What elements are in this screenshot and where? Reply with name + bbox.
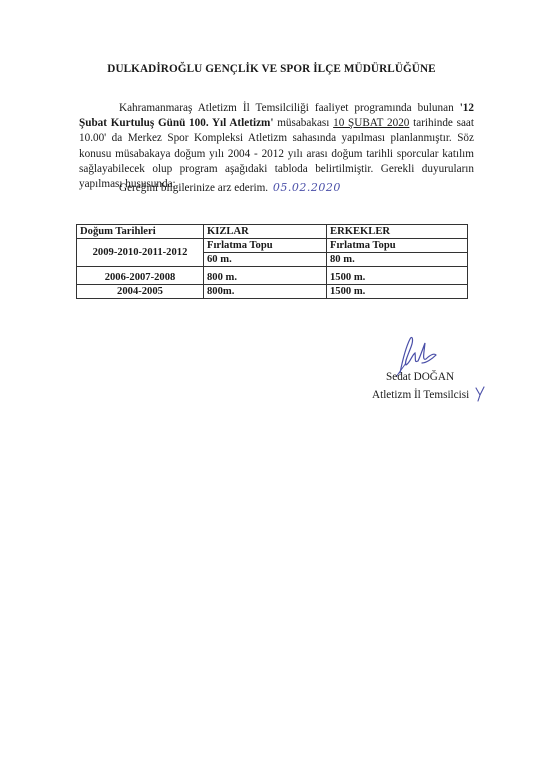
header-girls: KIZLAR — [204, 225, 327, 239]
row-boys-event: 1500 m. — [327, 285, 468, 299]
paragraph-part2: müsabakası — [273, 117, 333, 129]
table-header-row: Doğum Tarihleri KIZLAR ERKEKLER — [77, 225, 468, 239]
initial-mark-icon — [474, 386, 486, 402]
row-girls-event: 800 m. — [204, 267, 327, 285]
handwritten-date: 05.02.2020 — [273, 181, 341, 194]
schedule-table: Doğum Tarihleri KIZLAR ERKEKLER 2009-201… — [76, 224, 468, 299]
row-boys-event: 1500 m. — [327, 267, 468, 285]
row-girls-event: Fırlatma Topu — [204, 239, 327, 253]
row-dob: 2009-2010-2011-2012 — [77, 239, 204, 267]
table-row: 2004-2005 800m. 1500 m. — [77, 285, 468, 299]
paragraph-part1: Kahramanmaraş Atletizm İl Temsilciliği f… — [119, 102, 460, 114]
document-title: DULKADİROĞLU GENÇLİK VE SPOR İLÇE MÜDÜRL… — [0, 63, 543, 75]
closing-text: Gereğini bilgilerinize arz ederim. — [119, 182, 268, 194]
table-row: 2009-2010-2011-2012 Fırlatma Topu Fırlat… — [77, 239, 468, 253]
row-dob: 2004-2005 — [77, 285, 204, 299]
header-dob: Doğum Tarihleri — [77, 225, 204, 239]
row-dob: 2006-2007-2008 — [77, 267, 204, 285]
row-girls-event: 800m. — [204, 285, 327, 299]
signatory-name: Sedat DOĞAN — [386, 371, 454, 383]
event-date: 10 ŞUBAT 2020 — [333, 117, 409, 129]
body-paragraph: Kahramanmaraş Atletizm İl Temsilciliği f… — [79, 101, 474, 192]
row-boys-event: Fırlatma Topu — [327, 239, 468, 253]
row-boys-event: 80 m. — [327, 253, 468, 267]
header-boys: ERKEKLER — [327, 225, 468, 239]
table-row: 2006-2007-2008 800 m. 1500 m. — [77, 267, 468, 285]
closing-line: Gereğini bilgilerinize arz ederim. 05.02… — [119, 181, 341, 194]
row-girls-event: 60 m. — [204, 253, 327, 267]
signatory-title: Atletizm İl Temsilcisi — [372, 389, 469, 401]
